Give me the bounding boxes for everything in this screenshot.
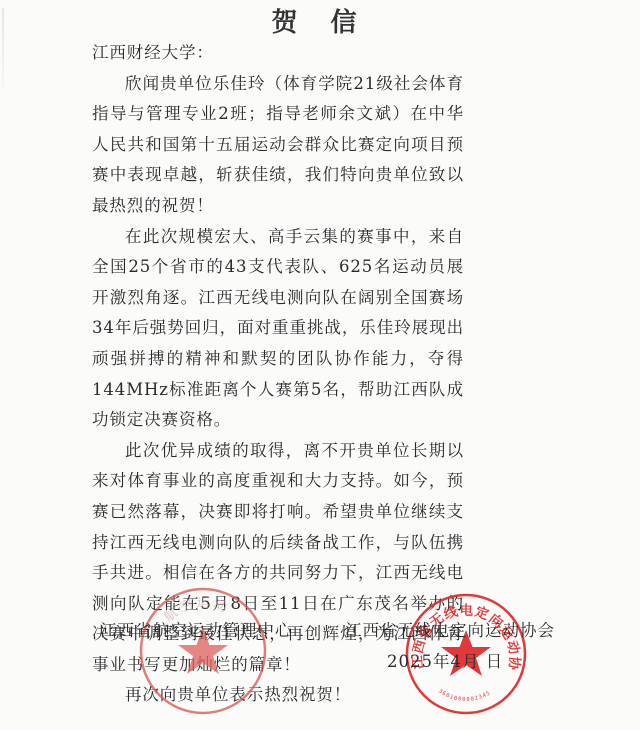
signature-date: 2025年4月 日: [387, 648, 503, 672]
salutation: 江西财经大学：: [92, 38, 464, 69]
signature-org-right: 江西省无线电定向运动协会: [345, 617, 555, 641]
official-seal-left-icon: 航空运动: [137, 585, 269, 717]
stamp-right-number: 3601000002345: [437, 688, 492, 703]
signature-org-left: 江西省航空运动管理中心: [100, 617, 293, 641]
letter-title: 贺 信: [0, 2, 640, 39]
svg-text:3601000002345: 3601000002345: [437, 688, 492, 703]
paragraph-2: 在此次规模宏大、高手云集的赛事中，来自全国25个省市的43支代表队、625名运动…: [92, 222, 464, 436]
paragraph-1: 欣闻贵单位乐佳玲（体育学院21级社会体育指导与管理专业2班；指导老师余文斌）在中…: [92, 69, 464, 222]
